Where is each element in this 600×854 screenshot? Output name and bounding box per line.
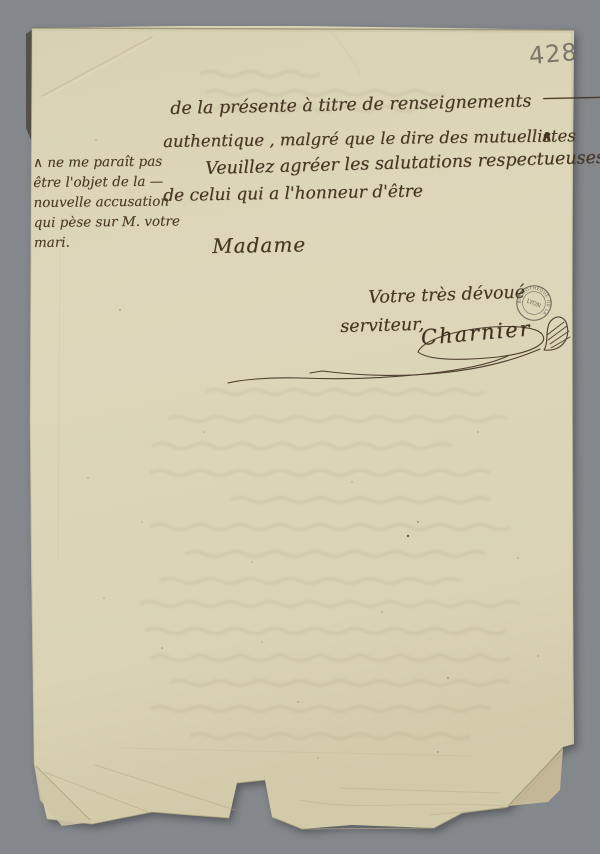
margin-note-line: être l'objet de la — (33, 171, 179, 193)
line-filler-dash: — (540, 87, 600, 108)
margin-note-line: qui pèse sur M. votre (34, 211, 180, 233)
valediction-line-2: serviteur, (340, 315, 424, 337)
margin-note-line: mari. (34, 231, 180, 253)
margin-note: ∧ ne me paraît pas être l'objet de la — … (33, 151, 180, 253)
archival-photo-background: BIBLIOTHÈQUE DE LA VILLE LYON 428 de la … (0, 0, 600, 854)
salutation: Madame (212, 232, 306, 258)
insertion-caret-mark: ∧ (540, 126, 554, 146)
margin-note-line: ∧ ne me paraît pas (33, 151, 179, 173)
folio-number: 428 (528, 38, 579, 70)
margin-note-line: nouvelle accusation (33, 191, 179, 213)
